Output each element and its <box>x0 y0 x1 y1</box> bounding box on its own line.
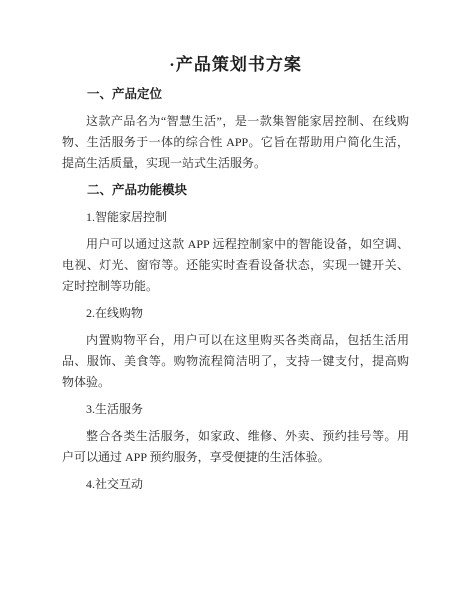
paragraph-life-services: 整合各类生活服务，如家政、维修、外卖、预约挂号等。用户可以通过 APP 预约服务… <box>62 426 409 468</box>
section-heading-function-modules: 二、产品功能模块 <box>62 180 409 201</box>
subheading-online-shopping: 2.在线购物 <box>62 303 409 324</box>
subheading-social-interaction: 4.社交互动 <box>62 474 409 495</box>
paragraph-product-positioning: 这款产品名为“智慧生活”，是一款集智能家居控制、在线购物、生活服务于一体的综合性… <box>62 111 409 174</box>
paragraph-smart-home-control: 用户可以通过这款 APP 远程控制家中的智能设备，如空调、电视、灯光、窗帘等。还… <box>62 234 409 297</box>
subheading-life-services: 3.生活服务 <box>62 399 409 420</box>
subheading-smart-home-control: 1.智能家居控制 <box>62 207 409 228</box>
section-heading-product-positioning: 一、产品定位 <box>62 84 409 105</box>
document-title: ·产品策划书方案 <box>62 52 409 78</box>
paragraph-online-shopping: 内置购物平台，用户可以在这里购买各类商品，包括生活用品、服饰、美食等。购物流程简… <box>62 330 409 393</box>
document-page: ·产品策划书方案 一、产品定位 这款产品名为“智慧生活”，是一款集智能家居控制、… <box>0 0 463 600</box>
